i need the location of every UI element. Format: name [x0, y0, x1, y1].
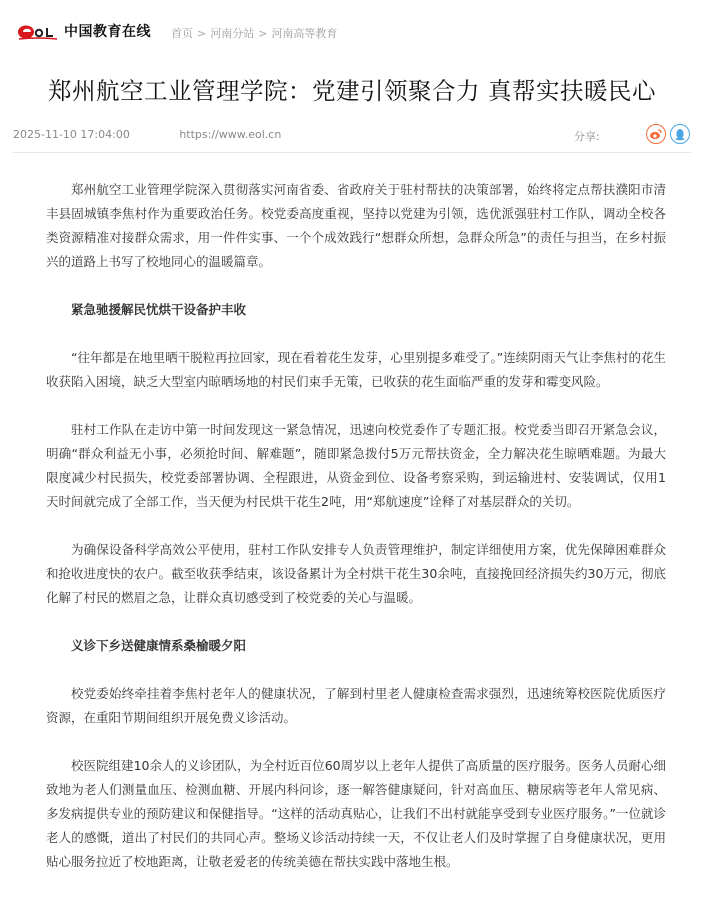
article-meta: 2025-11-10 17:04:00 https://www.eol.cn: [13, 128, 281, 141]
qq-icon[interactable]: [670, 124, 690, 144]
section-heading: 义诊下乡送健康情系桑榆暖夕阳: [46, 634, 666, 658]
article-paragraph: 校党委始终牵挂着李焦村老年人的健康状况，了解到村里老人健康检查需求强烈，迅速统筹…: [46, 682, 666, 730]
header-divider: [13, 152, 691, 153]
publish-datetime: 2025-11-10 17:04:00: [13, 128, 130, 141]
share-label: 分享:: [574, 128, 600, 144]
article-paragraph: “往年都是在地里晒干脱粒再拉回家，现在看着花生发芽，心里别提多难受了。”连续阴雨…: [46, 346, 666, 394]
breadcrumb: 首页>河南分站>河南高等教育: [171, 25, 337, 41]
article-title: 郑州航空工业管理学院：党建引领聚合力 真帮实扶暖民心: [0, 72, 704, 106]
source-url[interactable]: https://www.eol.cn: [179, 128, 281, 141]
article-paragraph: 为确保设备科学高效公平使用，驻村工作队安排专人负责管理维护，制定详细使用方案，优…: [46, 538, 666, 610]
breadcrumb-home[interactable]: 首页: [171, 27, 193, 40]
article-paragraph: 郑州航空工业管理学院深入贯彻落实河南省委、省政府关于驻村帮扶的决策部署，始终将定…: [46, 178, 666, 274]
article-paragraph: 校医院组建10余人的义诊团队，为全村近百位60周岁以上老年人提供了高质量的医疗服…: [46, 754, 666, 874]
weibo-icon[interactable]: [646, 124, 666, 144]
site-header: 中国教育在线 首页>河南分站>河南高等教育: [0, 0, 704, 60]
section-heading: 紧急驰援解民忧烘干设备护丰收: [46, 298, 666, 322]
eol-logo-icon[interactable]: [17, 22, 59, 42]
breadcrumb-separator: >: [258, 27, 267, 40]
article-body: 郑州航空工业管理学院深入贯彻落实河南省委、省政府关于驻村帮扶的决策部署，始终将定…: [46, 178, 666, 898]
site-name[interactable]: 中国教育在线: [64, 21, 151, 41]
article-paragraph: 驻村工作队在走访中第一时间发现这一紧急情况，迅速向校党委作了专题汇报。校党委当即…: [46, 418, 666, 514]
breadcrumb-henan[interactable]: 河南分站: [210, 27, 254, 40]
breadcrumb-higher-edu[interactable]: 河南高等教育: [271, 27, 337, 40]
breadcrumb-separator: >: [197, 27, 206, 40]
